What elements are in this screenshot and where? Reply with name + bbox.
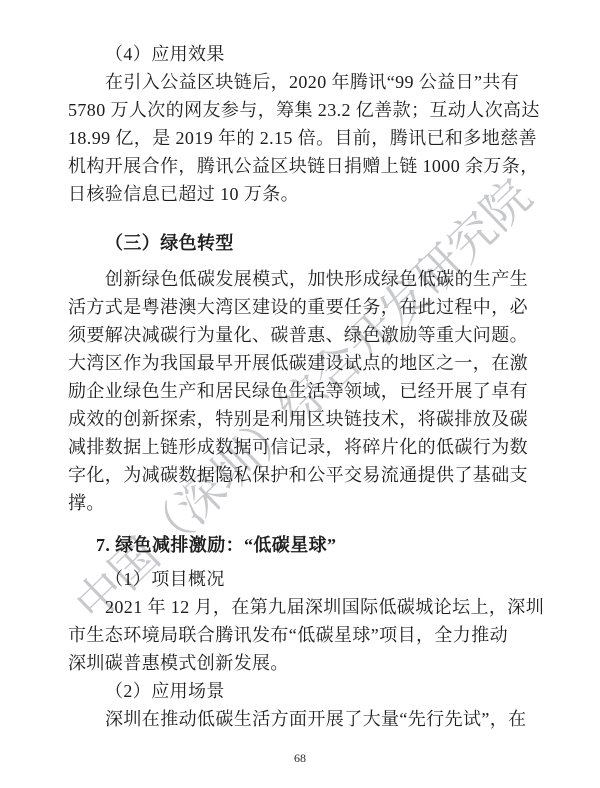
paragraph-project-launch: 2021 年 12 月，在第九届深圳国际低碳城论坛上，深圳 市生态环境局联合腾讯…	[68, 593, 530, 677]
paragraph-line: 机构开展合作，腾讯公益区块链日捐赠上链 1000 余万条，	[68, 152, 530, 180]
document-page: { "page": { "watermark": "中国（深圳）综合开发研究院"…	[0, 0, 600, 788]
paragraph-line: 须要解决减碳行为量化、碳普惠、绿色激励等重大问题。	[68, 321, 530, 349]
paragraph-line: 创新绿色低碳发展模式，加快形成绿色低碳的生产生	[68, 265, 530, 293]
subheading-application-effect: （4）应用效果	[68, 40, 530, 68]
paragraph-line: 18.99 亿，是 2019 年的 2.15 倍。目前，腾讯已和多地慈善	[68, 124, 530, 152]
paragraph-line: 5780 万人次的网友参与，筹集 23.2 亿善款；互动人次高达	[68, 96, 530, 124]
paragraph-line: 2021 年 12 月，在第九届深圳国际低碳城论坛上，深圳	[68, 593, 530, 621]
paragraph-line: 减排数据上链形成数据可信记录，将碎片化的低碳行为数	[68, 433, 530, 461]
paragraph-line: 日核验信息已超过 10 万条。	[68, 180, 530, 208]
paragraph-line: 成效的创新探索，特别是利用区块链技术，将碳排放及碳	[68, 405, 530, 433]
page-content: （4）应用效果 在引入公益区块链后，2020 年腾讯“99 公益日”共有 578…	[68, 40, 530, 733]
paragraph-line: 励企业绿色生产和居民绿色生活等领域，已经开展了卓有	[68, 377, 530, 405]
paragraph-line: 字化，为减碳数据隐私保护和公平交易流通提供了基础支	[68, 461, 530, 489]
paragraph-line: 在引入公益区块链后，2020 年腾讯“99 公益日”共有	[68, 68, 530, 96]
paragraph-charity-blockchain: 在引入公益区块链后，2020 年腾讯“99 公益日”共有 5780 万人次的网友…	[68, 68, 530, 208]
subheading-project-overview: （1）项目概况	[68, 565, 530, 593]
paragraph-pilot: 深圳在推动低碳生活方面开展了大量“先行先试”，在	[68, 705, 530, 733]
paragraph-green-lowcarbon: 创新绿色低碳发展模式，加快形成绿色低碳的生产生 活方式是粤港澳大湾区建设的重要任…	[68, 265, 530, 517]
page-number: 68	[0, 751, 600, 766]
paragraph-line: 市生态环境局联合腾讯发布“低碳星球”项目，全力推动	[68, 621, 530, 649]
subsection-heading-lowcarbon-planet: 7. 绿色减排激励：“低碳星球”	[68, 531, 530, 559]
subheading-application-scene: （2）应用场景	[68, 677, 530, 705]
section-heading-green-transition: （三）绿色转型	[68, 229, 530, 257]
paragraph-line: 活方式是粤港澳大湾区建设的重要任务，在此过程中，必	[68, 293, 530, 321]
paragraph-line: 撑。	[68, 489, 530, 517]
paragraph-line: 深圳碳普惠模式创新发展。	[68, 649, 530, 677]
paragraph-line: 深圳在推动低碳生活方面开展了大量“先行先试”，在	[68, 705, 530, 733]
paragraph-line: 大湾区作为我国最早开展低碳建设试点的地区之一，在激	[68, 349, 530, 377]
